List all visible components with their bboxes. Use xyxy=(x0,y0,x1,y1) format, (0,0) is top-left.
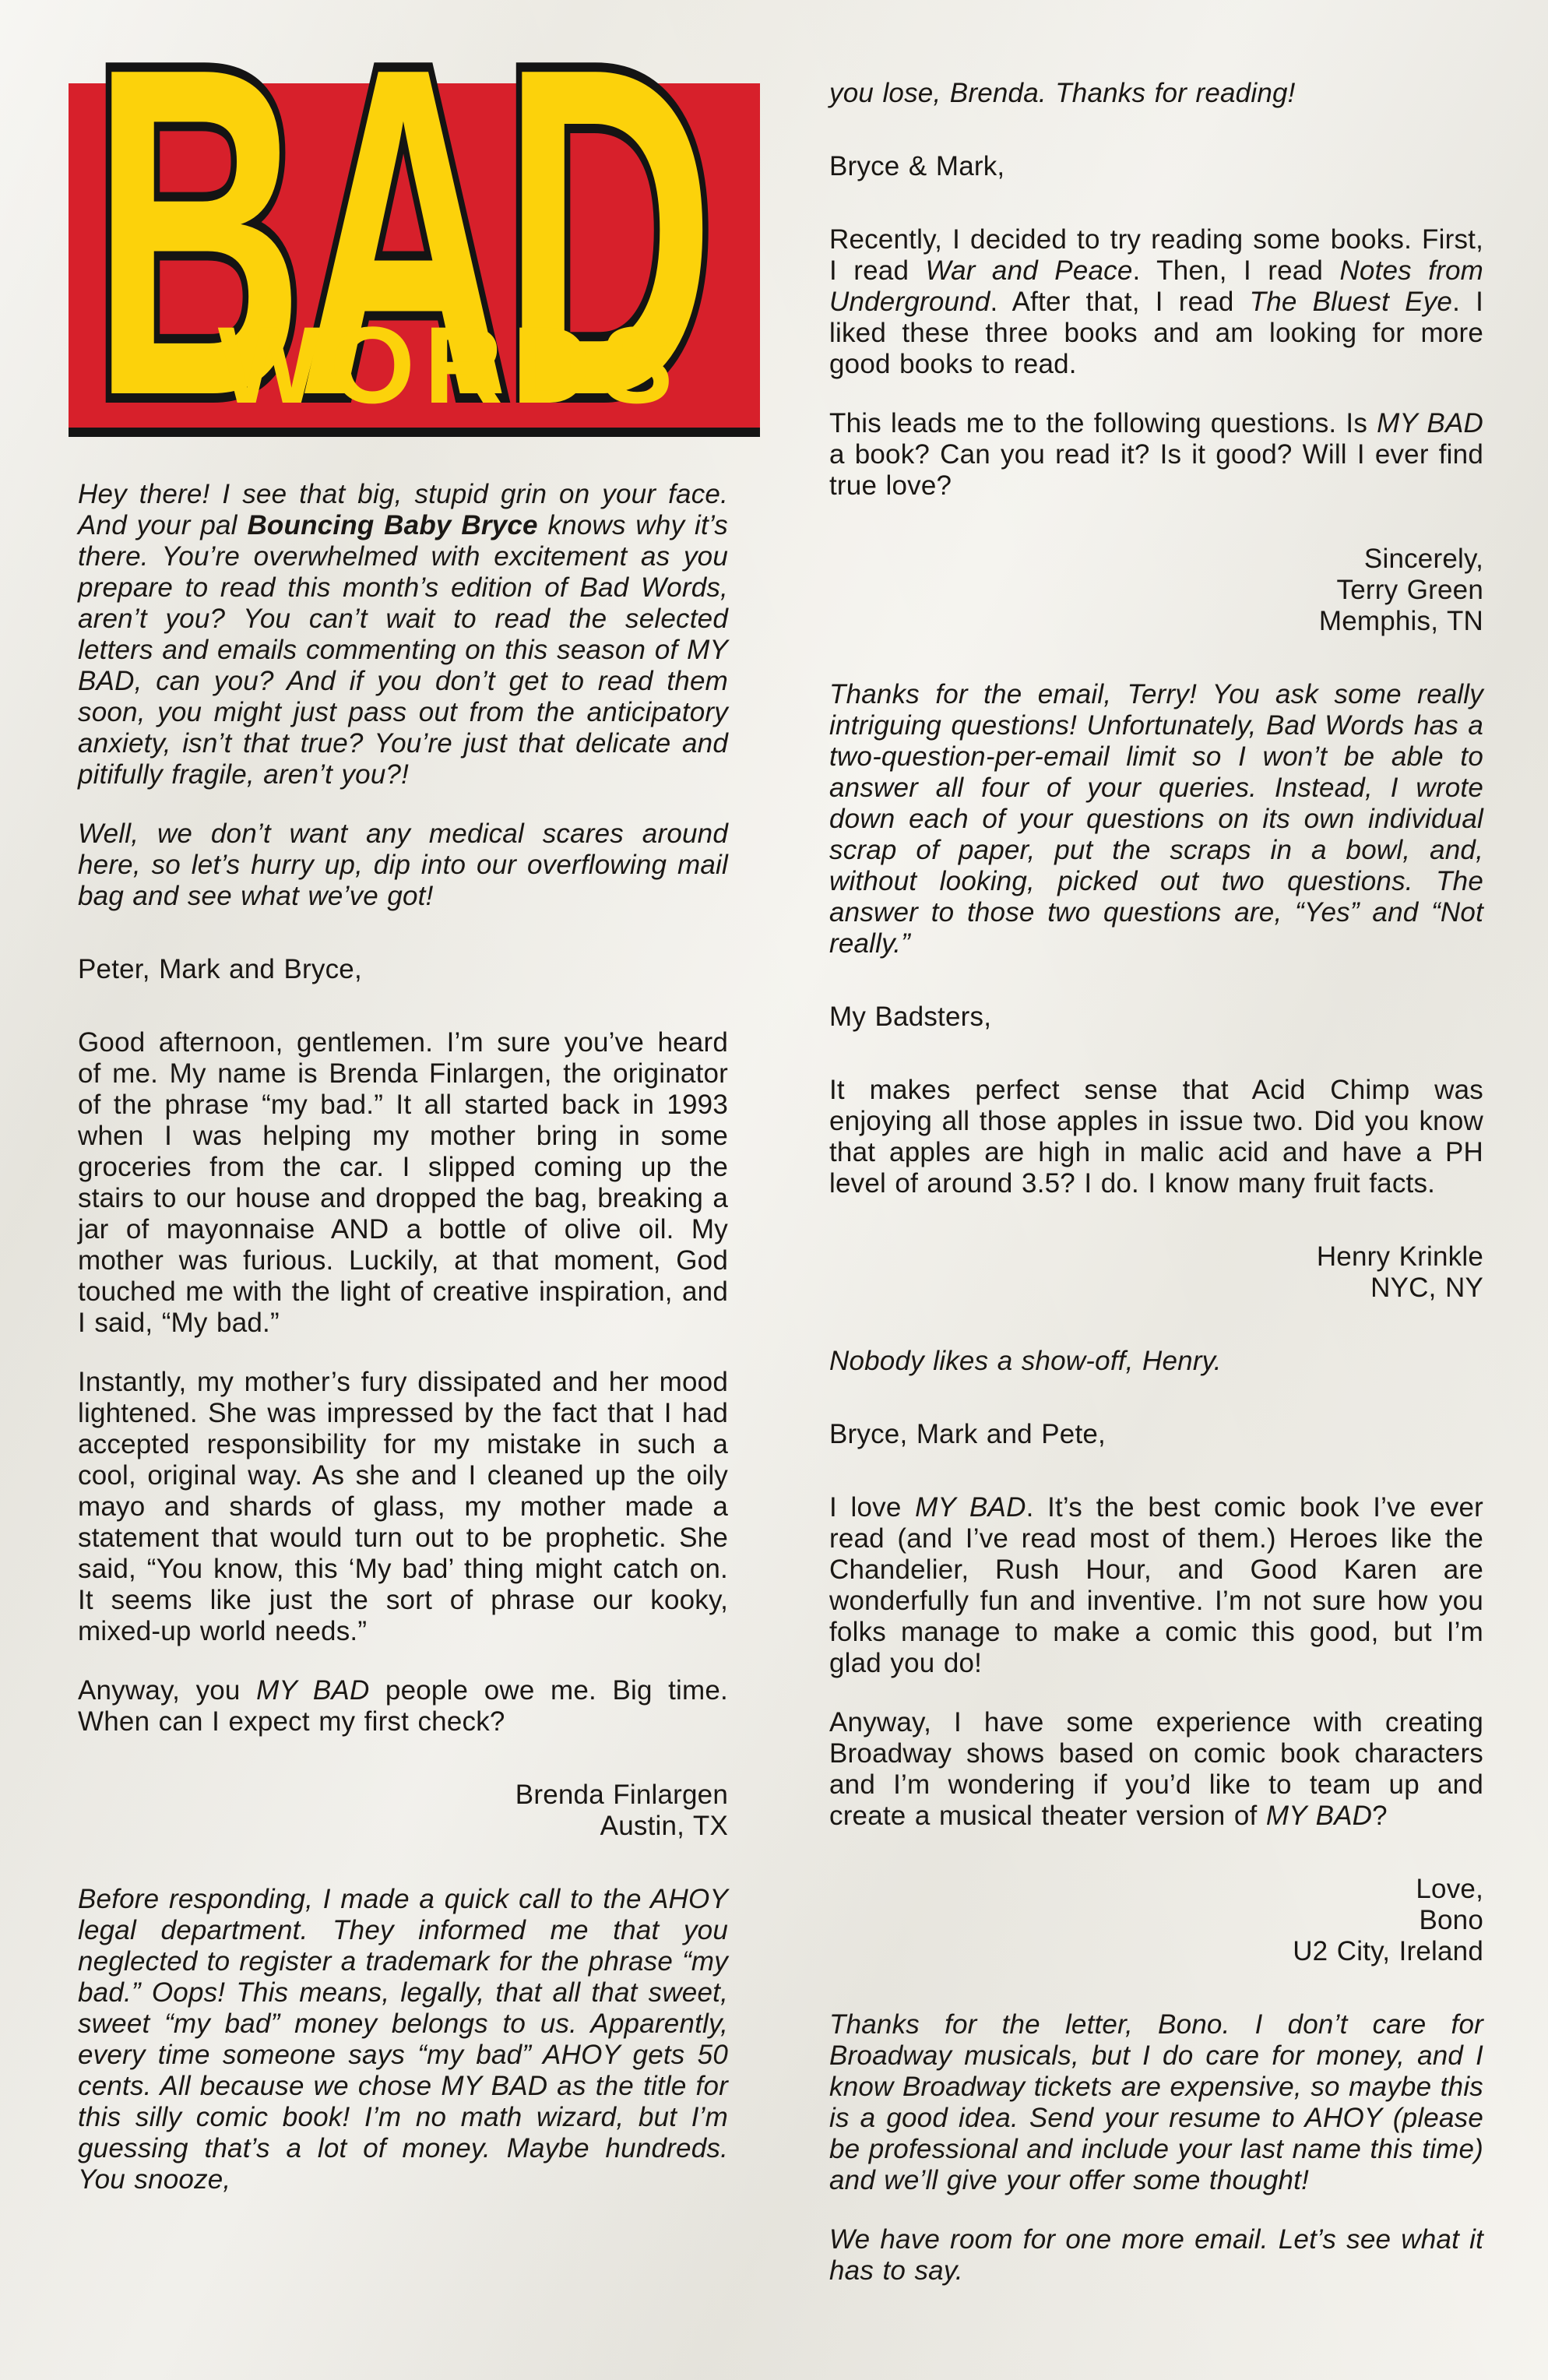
text-segment: It makes perfect sense that Acid Chimp w… xyxy=(829,1075,1483,1199)
paragraph: Nobody likes a show-off, Henry. xyxy=(829,1346,1483,1377)
paragraph: you lose, Brenda. Thanks for reading! xyxy=(829,78,1483,109)
paragraph: Before responding, I made a quick call t… xyxy=(78,1884,728,2195)
paragraph: Instantly, my mother’s fury dissipated a… xyxy=(78,1367,728,1647)
bad-words-logo: BAD WORDS xyxy=(78,43,728,479)
paragraph: Good afternoon, gentlemen. I’m sure you’… xyxy=(78,1027,728,1339)
text-segment: you lose, Brenda. Thanks for reading! xyxy=(829,78,1296,108)
text-segment: ? xyxy=(1372,1801,1388,1831)
text-segment: Bouncing Baby Bryce xyxy=(247,510,537,540)
signature-line: Henry Krinkle xyxy=(829,1241,1483,1273)
text-segment: Thanks for the letter, Bono. I don’t car… xyxy=(829,2009,1483,2195)
signature-line: Terry Green xyxy=(829,575,1483,606)
text-segment: MY BAD xyxy=(1377,408,1483,438)
left-column-text: Hey there! I see that big, stupid grin o… xyxy=(78,479,728,2195)
text-segment: Instantly, my mother’s fury dissipated a… xyxy=(78,1367,728,1646)
signature-block: Love,BonoU2 City, Ireland xyxy=(829,1874,1483,1967)
signature-line: U2 City, Ireland xyxy=(829,1936,1483,1967)
letter-salutation: Bryce & Mark, xyxy=(829,151,1483,182)
signature-block: Sincerely,Terry GreenMemphis, TN xyxy=(829,544,1483,637)
text-segment: knows why it’s there. You’re overwhelmed… xyxy=(78,510,728,790)
text-segment: MY BAD xyxy=(1266,1801,1372,1831)
paragraph: It makes perfect sense that Acid Chimp w… xyxy=(829,1075,1483,1199)
two-column-layout: BAD WORDS Hey there! I see that big, stu… xyxy=(0,0,1548,2287)
text-segment: This leads me to the following questions… xyxy=(829,408,1377,438)
paragraph: Anyway, you MY BAD people owe me. Big ti… xyxy=(78,1675,728,1737)
text-segment: Peter, Mark and Bryce, xyxy=(78,954,362,984)
text-segment: The Bluest Eye xyxy=(1250,287,1452,317)
bad-words-logo-art: BAD WORDS xyxy=(69,43,769,479)
paragraph: Well, we don’t want any medical scares a… xyxy=(78,819,728,912)
text-segment: a book? Can you read it? Is it good? Wil… xyxy=(829,439,1483,501)
paragraph: I love MY BAD. It’s the best comic book … xyxy=(829,1492,1483,1679)
text-segment: Bryce, Mark and Pete, xyxy=(829,1419,1106,1449)
text-segment: Well, we don’t want any medical scares a… xyxy=(78,819,728,911)
right-column-text: you lose, Brenda. Thanks for reading!Bry… xyxy=(829,78,1483,2287)
text-segment: MY BAD xyxy=(915,1492,1026,1523)
paragraph: Hey there! I see that big, stupid grin o… xyxy=(78,479,728,790)
text-segment: Before responding, I made a quick call t… xyxy=(78,1884,728,2195)
text-segment: I love xyxy=(829,1492,915,1523)
letter-salutation: Bryce, Mark and Pete, xyxy=(829,1419,1483,1450)
paragraph: Thanks for the email, Terry! You ask som… xyxy=(829,679,1483,959)
paragraph: Anyway, I have some experience with crea… xyxy=(829,1707,1483,1832)
signature-line: Sincerely, xyxy=(829,544,1483,575)
text-segment: . Then, I read xyxy=(1133,255,1340,286)
text-segment: Bryce & Mark, xyxy=(829,151,1004,181)
signature-block: Henry KrinkleNYC, NY xyxy=(829,1241,1483,1304)
signature-line: Austin, TX xyxy=(78,1811,728,1842)
text-segment: Thanks for the email, Terry! You ask som… xyxy=(829,679,1483,959)
paragraph: Thanks for the letter, Bono. I don’t car… xyxy=(829,2009,1483,2196)
left-column: BAD WORDS Hey there! I see that big, stu… xyxy=(78,0,728,2287)
text-segment: Nobody likes a show-off, Henry. xyxy=(829,1346,1222,1376)
letter-salutation: Peter, Mark and Bryce, xyxy=(78,954,728,985)
text-segment: Anyway, you xyxy=(78,1675,256,1706)
text-segment: My Badsters, xyxy=(829,1002,991,1032)
text-segment: MY BAD xyxy=(256,1675,369,1706)
text-segment: War and Peace xyxy=(925,255,1132,286)
signature-line: NYC, NY xyxy=(829,1273,1483,1304)
signature-line: Love, xyxy=(829,1874,1483,1905)
letter-salutation: My Badsters, xyxy=(829,1002,1483,1033)
logo-words-text: WORDS xyxy=(218,304,683,426)
signature-block: Brenda FinlargenAustin, TX xyxy=(78,1780,728,1842)
bad-words-letters-page: BAD WORDS Hey there! I see that big, stu… xyxy=(0,0,1548,2380)
paragraph: We have room for one more email. Let’s s… xyxy=(829,2224,1483,2287)
text-segment: . After that, I read xyxy=(990,287,1250,317)
text-segment: We have room for one more email. Let’s s… xyxy=(829,2224,1483,2286)
signature-line: Memphis, TN xyxy=(829,606,1483,637)
right-column: you lose, Brenda. Thanks for reading!Bry… xyxy=(829,0,1483,2287)
paragraph: Recently, I decided to try reading some … xyxy=(829,224,1483,380)
signature-line: Bono xyxy=(829,1905,1483,1936)
signature-line: Brenda Finlargen xyxy=(78,1780,728,1811)
text-segment: Good afternoon, gentlemen. I’m sure you’… xyxy=(78,1027,728,1338)
paragraph: This leads me to the following questions… xyxy=(829,408,1483,502)
